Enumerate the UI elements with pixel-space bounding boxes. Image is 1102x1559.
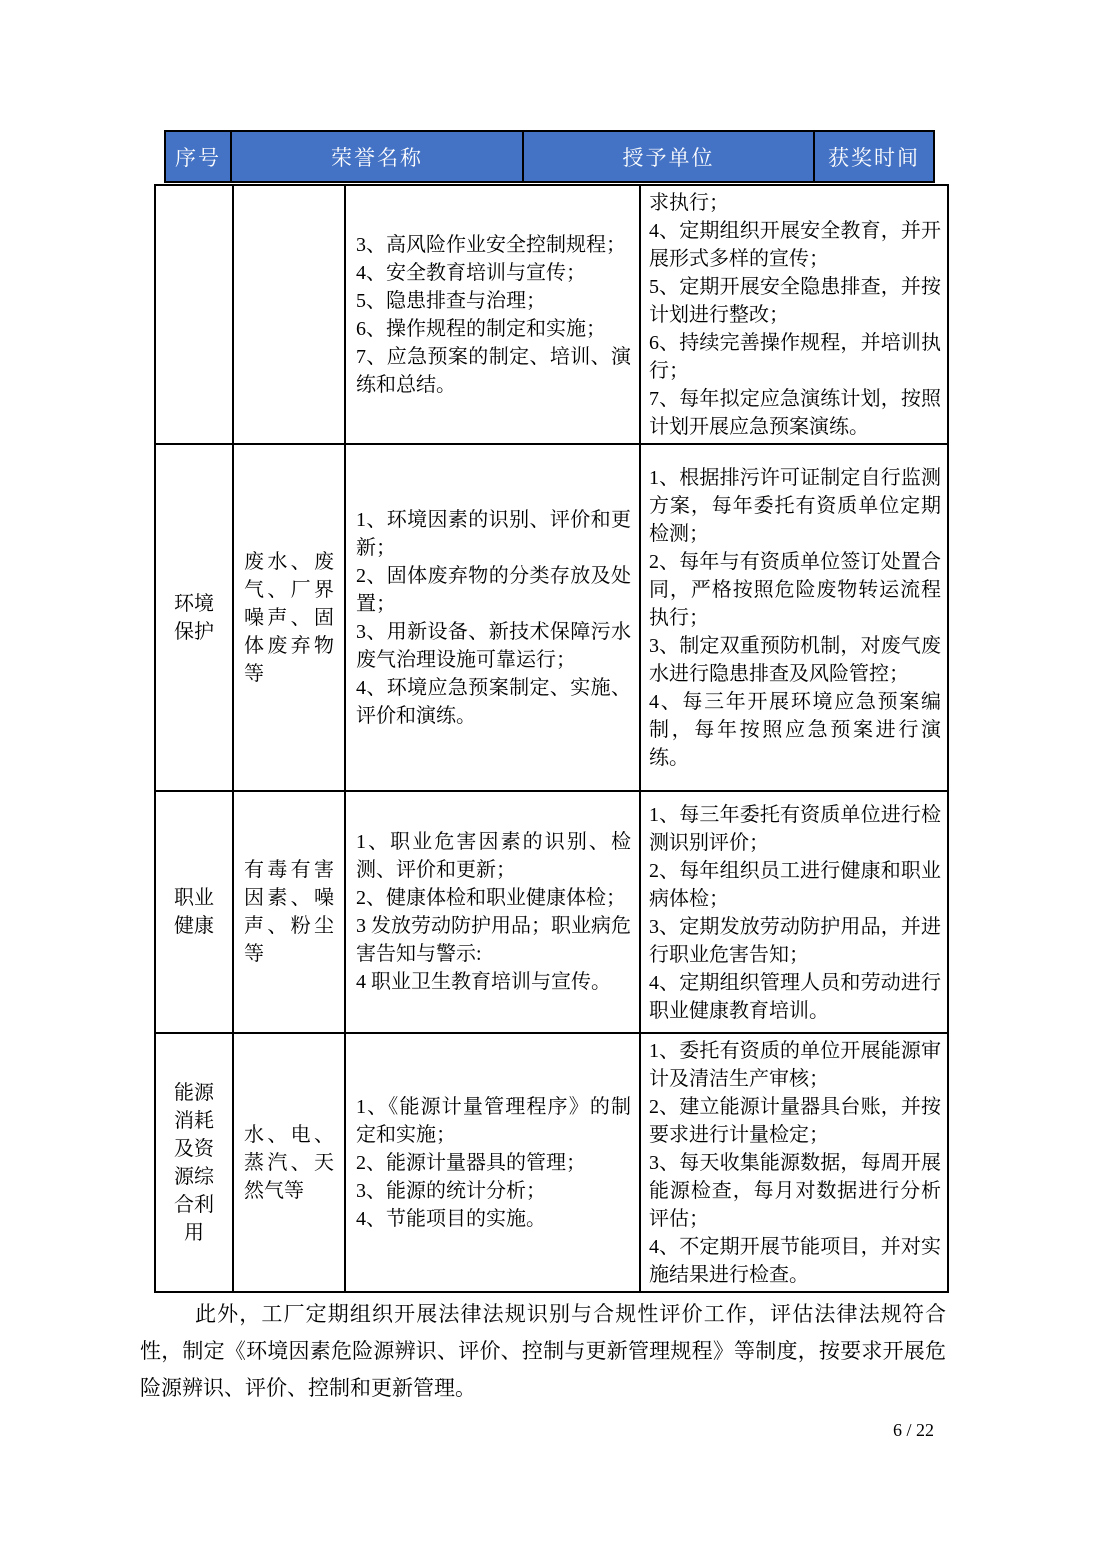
closing-paragraph: 此外，工厂定期组织开展法律法规识别与合规性评价工作，评估法律法规符合性，制定《环… <box>140 1296 946 1407</box>
management-cell: 3、高风险作业安全控制规程； 4、安全教育培训与宣传； 5、隐患排查与治理； 6… <box>345 185 640 444</box>
table-row: 3、高风险作业安全控制规程； 4、安全教育培训与宣传； 5、隐患排查与治理； 6… <box>155 185 948 444</box>
document-page: 序号 荣誉名称 授予单位 获奖时间 3、高风险作业安全控制规程； 4、安全教育培… <box>0 0 1102 1559</box>
aspects-cell: 有毒有害因素、噪声、粉尘等 <box>233 791 345 1033</box>
header-cell-award-time: 获奖时间 <box>813 132 933 181</box>
aspects-cell: 废水、废气、厂界噪声、固体废弃物等 <box>233 444 345 791</box>
measures-cell: 求执行； 4、定期组织开展安全教育，并开展形式多样的宣传； 5、定期开展安全隐患… <box>640 185 948 444</box>
table-row: 能源消耗及资源综合利用 水、电、蒸汽、天然气等 1、《能源计量管理程序》的制定和… <box>155 1033 948 1292</box>
aspects-cell: 水、电、蒸汽、天然气等 <box>233 1033 345 1292</box>
category-cell: 能源消耗及资源综合利用 <box>155 1033 233 1292</box>
category-cell: 环境保护 <box>155 444 233 791</box>
category-cell: 职业健康 <box>155 791 233 1033</box>
category-cell <box>155 185 233 444</box>
measures-cell: 1、委托有资质的单位开展能源审计及清洁生产审核； 2、建立能源计量器具台账，并按… <box>640 1033 948 1292</box>
measures-cell: 1、根据排污许可证制定自行监测方案，每年委托有资质单位定期检测； 2、每年与有资… <box>640 444 948 791</box>
measures-cell: 1、每三年委托有资质单位进行检测识别评价； 2、每年组织员工进行健康和职业病体检… <box>640 791 948 1033</box>
header-cell-awarding-unit: 授予单位 <box>522 132 813 181</box>
table-row: 环境保护 废水、废气、厂界噪声、固体废弃物等 1、环境因素的识别、评价和更新； … <box>155 444 948 791</box>
management-cell: 1、职业危害因素的识别、检测、评价和更新； 2、健康体检和职业健康体检； 3 发… <box>345 791 640 1033</box>
page-number: 6 / 22 <box>893 1420 934 1441</box>
aspects-cell <box>233 185 345 444</box>
header-cell-honor-name: 荣誉名称 <box>230 132 522 181</box>
management-table: 3、高风险作业安全控制规程； 4、安全教育培训与宣传； 5、隐患排查与治理； 6… <box>154 184 949 1293</box>
management-cell: 1、《能源计量管理程序》的制定和实施； 2、能源计量器具的管理； 3、能源的统计… <box>345 1033 640 1292</box>
management-cell: 1、环境因素的识别、评价和更新； 2、固体废弃物的分类存放及处置； 3、用新设备… <box>345 444 640 791</box>
header-cell-serial-number: 序号 <box>166 132 230 181</box>
table-header-row: 序号 荣誉名称 授予单位 获奖时间 <box>164 130 935 183</box>
table-row: 职业健康 有毒有害因素、噪声、粉尘等 1、职业危害因素的识别、检测、评价和更新；… <box>155 791 948 1033</box>
